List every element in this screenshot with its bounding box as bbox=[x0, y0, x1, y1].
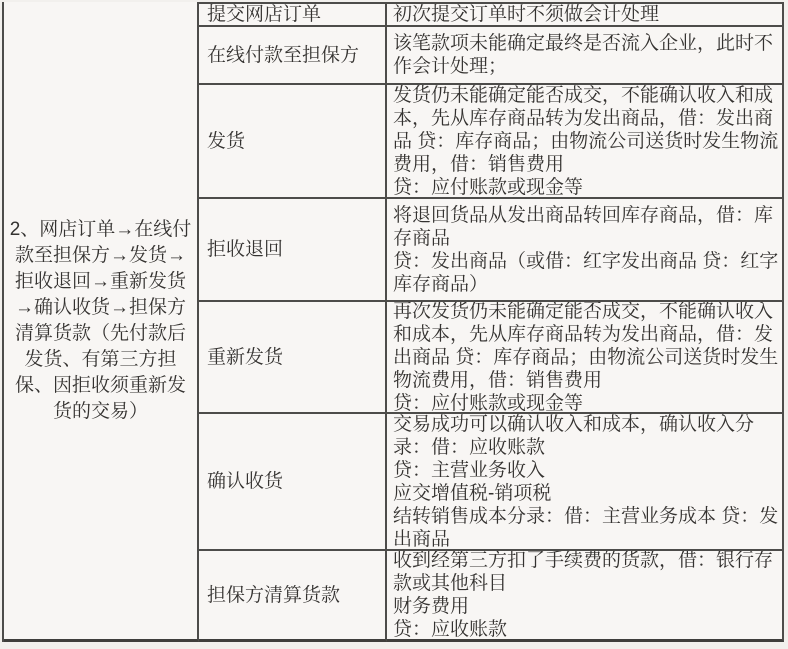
document-page: 2、网店订单→在线付款至担保方→发货→拒收退回→重新发货→确认收货→担保方清算货… bbox=[0, 0, 788, 649]
treatment-cell-confirm-receipt: 交易成功可以确认收入和成本，确认收入分录：借：应收账款 贷：主营业务收入 应交增… bbox=[387, 414, 784, 551]
treatment-cell-reship: 再次发货仍未能确定能否成交，不能确认收入和成本，先从库存商品转为发出商品，借：发… bbox=[387, 302, 784, 414]
transaction-flow-summary-cell: 2、网店订单→在线付款至担保方→发货→拒收退回→重新发货→确认收货→担保方清算货… bbox=[4, 2, 199, 642]
step-cell-online-payment: 在线付款至担保方 bbox=[199, 27, 387, 85]
step-cell-guarantor-settlement: 担保方清算货款 bbox=[199, 551, 387, 642]
step-cell-reship: 重新发货 bbox=[199, 302, 387, 414]
treatment-cell-submit-order: 初次提交订单时不须做会计处理 bbox=[387, 2, 784, 27]
treatment-cell-shipping: 发货仍未能确定能否成交，不能确认收入和成本，先从库存商品转为发出商品，借：发出商… bbox=[387, 85, 784, 199]
treatment-cell-online-payment: 该笔款项未能确定最终是否流入企业，此时不作会计处理； bbox=[387, 27, 784, 85]
step-cell-confirm-receipt: 确认收货 bbox=[199, 414, 387, 551]
step-cell-submit-order: 提交网店订单 bbox=[199, 2, 387, 27]
step-cell-shipping: 发货 bbox=[199, 85, 387, 199]
accounting-treatment-table: 2、网店订单→在线付款至担保方→发货→拒收退回→重新发货→确认收货→担保方清算货… bbox=[2, 2, 784, 642]
step-cell-rejected-return: 拒收退回 bbox=[199, 199, 387, 302]
treatment-cell-guarantor-settlement: 收到经第三方扣了手续费的货款，借：银行存款或其他科目 财务费用 贷：应收账款 bbox=[387, 551, 784, 642]
treatment-cell-rejected-return: 将退回货品从发出商品转回库存商品，借：库存商品 贷：发出商品（或借：红字发出商品… bbox=[387, 199, 784, 302]
